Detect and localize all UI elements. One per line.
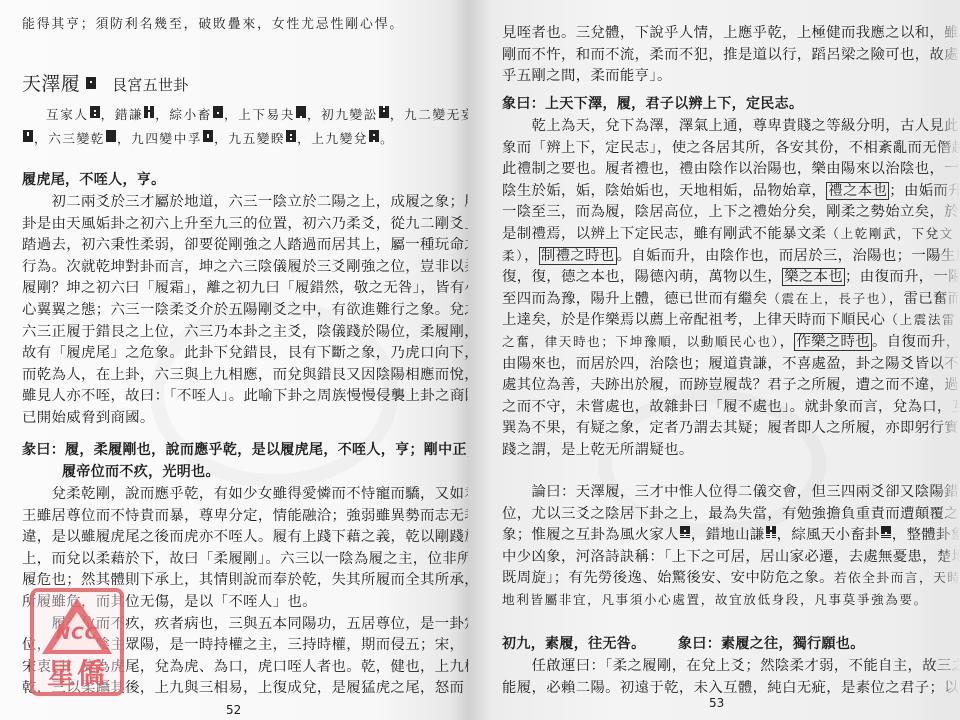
commentary-line: 中少凶象，河洛詩訣稱：「上下之可居，居山家必遷，去處無憂患，楚地 [502, 545, 960, 569]
text-run: 。自姤而升，由陰作也，而居於三，治陽也；一陽生於 [617, 248, 960, 264]
hexagram-glyph-icon [379, 106, 389, 118]
relation-text: ，上九變兌 [297, 131, 368, 146]
commentary-line: 之而不守，未嘗處也，故雜卦曰「履不處也」。就卦象而言，兌為口，互 [502, 395, 960, 419]
commentary-line: 雖見人亦不咥，故曰：「不咥人」。此喻下卦之周族慢慢侵襲上卦之商國， [22, 384, 468, 408]
hexagram-glyph-icon [144, 106, 154, 118]
commentary-line: 至四而為豫，陽升上體，德已世而有繼矣（震在上，長子也），雷已奮而 [502, 287, 960, 311]
text-run: 踐之謂，是上乾无所謂疑也。 [502, 442, 694, 458]
commentary-line: 乎五剛之間，柔而能亨」。 [502, 64, 672, 88]
text-run: 是制禮焉，以辨上下定民志，雖有剛武不能暴文柔 [502, 226, 826, 242]
text-run: ， [780, 334, 795, 350]
left-book-page: 能得其亨；須防利名幾至，破敗疊來，女性尤忌性剛心悍。 天澤履 艮宮五世卦 互家人… [0, 0, 468, 720]
commentary-line: 此禮制之要也。履者禮也，禮由陰作以治陽也，樂由陽來以治陰也，一 [502, 157, 959, 181]
text-run: 既周旋」；有先勞後逸、始驚後安、安中防危之象。 [502, 570, 834, 586]
judgment-heading: 履虎尾，不咥人，亨。 [22, 168, 166, 192]
text-run: 乾上為天，兌下為澤，澤氣上通，尊卑貴賤之等級分明，古人見此 [502, 118, 959, 134]
text-run: ，錯地山謙 [691, 527, 765, 543]
hexagram-glyph-icon [680, 526, 690, 538]
hexagram-glyph-icon [23, 130, 33, 142]
text-run: 象而「辨上下，定民志」，使之各居其所，各安其份，不相紊亂而无僭越， [502, 140, 960, 156]
text-run: ；由姤而升， [889, 183, 960, 199]
commentary-line: 上，而兌以柔藉於下，故曰「柔履剛」。六三以一陰為履之主，位非所據， [22, 547, 468, 571]
text-run: 上達矣，於是作樂焉以薦上帝配祖考，上律天時而下順民心 [502, 312, 885, 328]
annotation-text: 柔） [502, 248, 524, 263]
commentary-line: 六三正履于錯艮之上位，六三乃本卦之主爻，陰儀踐於陽位，柔履剛， [22, 320, 468, 344]
stamp-chinese-text: 星僑 [38, 652, 116, 692]
annotation-text: （上震法雷 [885, 312, 956, 327]
hexagram-relations-line: 互家人，錯謙，綜小畜，上下易夬，初九變訟，九二變无妄 [46, 103, 468, 127]
commentary-line: 位，尤以三爻之陰居下卦之上，最為失當，有勉強擔負重責而遭顛覆之 [502, 502, 959, 526]
text-run: 處其位為善，夫跡出於履，而跡豈履哉？君子之所履，遭之而不違，過 [502, 377, 959, 393]
relation-text: 。 [380, 131, 394, 146]
commentary-line: 而乾為人，在上卦，六三與上九相應，而兌與錯艮又因陰陽相應而悅， [22, 363, 468, 387]
text-run: 中少凶象，河洛詩訣稱：「上下之可居，居山家必遷，去處無憂患，楚地 [502, 549, 960, 565]
boxed-key-phrase: 樂之本也 [782, 268, 845, 286]
text-run: 由陽來也，而居於四，治陰也；履道貴謙，不喜處盈，卦之陽爻皆以不 [502, 356, 959, 372]
commentary-line: 上達矣，於是作樂焉以薦上帝配祖考，上律天時而下順民心（上震法雷 [502, 308, 956, 332]
hexagram-relations-line: ，六三變乾，九四變中孚，九五變睽，上九變兌。 [22, 127, 394, 151]
hexagram-glyph-icon [213, 106, 223, 118]
commentary-line: 履剛？坤之初六曰「履霜」，離之初九曰「履錯然，敬之无咎」，皆有小 [22, 276, 468, 300]
commentary-line: 見咥者也。三兌體，下說乎人情，上應乎乾，上極健而我應之以和，雖 [502, 21, 959, 45]
commentary-line: 故有「履虎尾」之危象。此卦下兌錯艮，艮有下斷之象，乃虎口向下， [22, 341, 468, 365]
xiang-heading: 象曰：上天下澤，履，君子以辨上下，定民志。 [502, 92, 803, 116]
relation-text: 互家人 [46, 107, 89, 122]
text-run: ，綜風天小畜卦 [777, 527, 880, 543]
text-run: 象；惟履之互卦為風火家人 [502, 527, 679, 543]
line-one-heading: 初九，素履，往无咎。 [502, 632, 646, 656]
commentary-line: 踏過去，初六秉性柔弱，卻要從剛強之人踏過而居其上，屬一種玩命之 [22, 233, 468, 257]
hexagram-subtitle: 艮宮五世卦 [112, 76, 189, 94]
hexagram-glyph-icon [369, 130, 379, 142]
boxed-key-phrase: 禮之本也 [826, 182, 889, 200]
text-run: 巽為不果，有疑之象，定者乃謂去其疑；履者即人之所履，亦即躬行實 [502, 420, 959, 436]
tuan-heading: 彖曰：履，柔履剛也，說而應乎乾，是以履虎尾，不咥人，亨；剛中正， [22, 438, 468, 462]
annotation-text: （震在上，長子也） [767, 291, 888, 306]
commentary-line: 既周旋」；有先勞後逸、始驚後安、安中防危之象。若依全卦而言，天時、 [502, 566, 960, 590]
hexagram-title: 天澤履 [22, 73, 80, 95]
text-run: 之而不守，未嘗處也，故雜卦曰「履不處也」。就卦象而言，兌為口，互 [502, 399, 960, 415]
commentary-line: 踐之謂，是上乾无所謂疑也。 [502, 438, 694, 462]
hexagram-glyph-icon [106, 130, 116, 142]
boxed-key-phrase: 作樂之時也 [794, 333, 872, 351]
text-run: ，整體卦象 [892, 527, 960, 543]
commentary-line: 心翼翼之態；六三一陰柔爻介於五陽剛爻之中，有欲進難行之象。兌之 [22, 298, 468, 322]
stamp-latin-text: NCC [44, 624, 110, 644]
relation-text: ，九二變无妄 [390, 107, 468, 122]
line-one-xiang: 象曰：素履之往，獨行願也。 [678, 632, 865, 656]
commentary-line: 論曰：天澤履，三才中惟人位得二儀交會，但三四兩爻卻又陰陽錯 [502, 480, 959, 504]
commentary-line: 行為。次就乾坤對卦而言，坤之六三陰儀履於三爻剛強之位，豈非以柔 [22, 255, 468, 279]
text-run: ， [524, 248, 539, 264]
commentary-line: 已開始威脅到商國。 [22, 406, 155, 430]
hexagram-glyph-icon [286, 130, 296, 142]
text-run: 位，尤以三爻之陰居下卦之上，最為失當，有勉強擔負重責而遭顛覆之 [502, 506, 959, 522]
text-run: 陰生於姤，姤，陰始姤也，天地相姤，品物始章， [502, 183, 826, 199]
relation-text: ，初九變訟 [307, 107, 378, 122]
commentary-line: 象而「辨上下，定民志」，使之各居其所，各安其份，不相紊亂而无僭越， [502, 136, 960, 160]
commentary-line: 是制禮焉，以辨上下定民志，雖有剛武不能暴文柔（上乾剛武，下兌文 [502, 222, 954, 246]
commentary-line: 一陰至三，而為履，陰居高位，上下之禮始分矣，剛柔之勢始立矣，於 [502, 200, 959, 224]
relation-text: ，九五變睽 [214, 131, 285, 146]
commentary-line: 違，是以雖履虎尾之後而虎亦不咥人。履有上踐下藉之義，乾以剛踐於 [22, 525, 468, 549]
text-run: 。自復而升， [872, 334, 960, 350]
commentary-line: 任啟運曰：「柔之履剛，在兌上爻；然陰柔才弱，不能自主，故三之 [502, 654, 960, 678]
annotation-text: （上乾剛武，下兌文 [826, 226, 954, 241]
hexagram-glyph-icon [86, 77, 96, 89]
commentary-line: 乾上為天，兌下為澤，澤氣上通，尊卑貴賤之等級分明，古人見此 [502, 114, 959, 138]
commentary-line: 兌柔乾剛，說而應乎乾，有如少女雖得愛憐而不恃寵而驕，又如君 [22, 482, 468, 506]
hexagram-glyph-icon [296, 106, 306, 118]
commentary-line: 剛而不忤，和而不流，柔而不犯，推是道以行，蹈呂梁之險可也，故處 [502, 43, 959, 67]
hexagram-glyph-icon [881, 526, 891, 538]
commentary-line: 能履，必賴二陽。初遠于乾，未入互體，純白无疵，是素位之君子；以 [502, 676, 959, 700]
annotation-text: 之奮，律天時也；下坤豫順，以動順民心也） [502, 334, 780, 349]
text-run: 一陰至三，而為履，陰居高位，上下之禮始分矣，剛柔之勢始立矣，於 [502, 204, 959, 220]
text-run: 復，復，德之本也，陽德內萌，萬物以生， [502, 269, 782, 285]
commentary-line: 象；惟履之互卦為風火家人，錯地山謙，綜風天小畜卦，整體卦象 [502, 523, 960, 547]
annotation-text: 若依全卦而言，天時、 [834, 570, 960, 585]
hexagram-glyph-icon [766, 526, 776, 538]
text-run: ；由復而升，一陽 [845, 269, 960, 285]
text-run: 至四而為豫，陽升上體，德已世而有繼矣 [502, 291, 767, 307]
relation-text: ，六三變乾 [34, 131, 105, 146]
tuan-heading-continued: 履帝位而不疚，光明也。 [62, 460, 220, 484]
relation-text: ，綜小畜 [155, 107, 212, 122]
commentary-line: 巽為不果，有疑之象，定者乃謂去其疑；履者即人之所履，亦即躬行實 [502, 416, 959, 440]
commentary-line: 復，復，德之本也，陽德內萌，萬物以生，樂之本也；由復而升，一陽 [502, 265, 960, 289]
page-number: 52 [226, 703, 241, 717]
annotation-text: 地利皆屬非宜，凡事須小心處置，故宜放低身段，凡事莫爭強為要。 [502, 592, 928, 607]
relation-text: ，九四變中孚 [117, 131, 202, 146]
text-run: 論曰：天澤履，三才中惟人位得二儀交會，但三四兩爻卻又陰陽錯 [502, 484, 959, 500]
commentary-line: 之奮，律天時也；下坤豫順，以動順民心也），作樂之時也。自復而升， [502, 330, 960, 354]
relation-text: ，錯謙 [101, 107, 144, 122]
commentary-line: 王雖居尊位而不恃貴而暴，尊卑分定，情能融洽；強弱雖異勢而志无乖 [22, 504, 468, 528]
commentary-line: 由陽來也，而居於四，治陰也；履道貴謙，不喜處盈，卦之陽爻皆以不 [502, 352, 959, 376]
commentary-line: 地利皆屬非宜，凡事須小心處置，故宜放低身段，凡事莫爭強為要。 [502, 588, 928, 612]
commentary-line: 陰生於姤，姤，陰始姤也，天地相姤，品物始章，禮之本也；由姤而升， [502, 179, 960, 203]
intro-line: 能得其亨；須防利名幾至，破敗疊來，女性尤忌性剛心悍。 [22, 13, 404, 37]
hexagram-glyph-icon [90, 106, 100, 118]
commentary-line: 處其位為善，夫跡出於履，而跡豈履哉？君子之所履，遭之而不違，過 [502, 373, 959, 397]
ncc-watermark-stamp: NCC 星僑 [30, 588, 124, 696]
hexagram-glyph-icon [203, 130, 213, 142]
boxed-key-phrase: 制禮之時也 [539, 247, 617, 265]
commentary-line: 柔），制禮之時也。自姤而升，由陰作也，而居於三，治陽也；一陽生於 [502, 244, 960, 268]
page-number: 53 [709, 696, 724, 710]
hexagram-heading: 天澤履 艮宮五世卦 [22, 72, 189, 98]
text-run: 此禮制之要也。履者禮也，禮由陰作以治陽也，樂由陽來以治陰也，一 [502, 161, 959, 177]
text-run: ，雷已奮而 [889, 291, 960, 307]
right-book-page: 見咥者也。三兌體，下說乎人情，上應乎乾，上極健而我應之以和，雖剛而不忤，和而不流… [468, 0, 960, 720]
commentary-line: 初二兩爻於三才屬於地道，六三一陰立於二陽之上，成履之象；履 [22, 190, 468, 214]
commentary-line: 卦是由天風姤卦之初六上升至九三的位置，初六乃柔爻，從九二剛爻上 [22, 212, 468, 236]
relation-text: ，上下易夬 [224, 107, 295, 122]
